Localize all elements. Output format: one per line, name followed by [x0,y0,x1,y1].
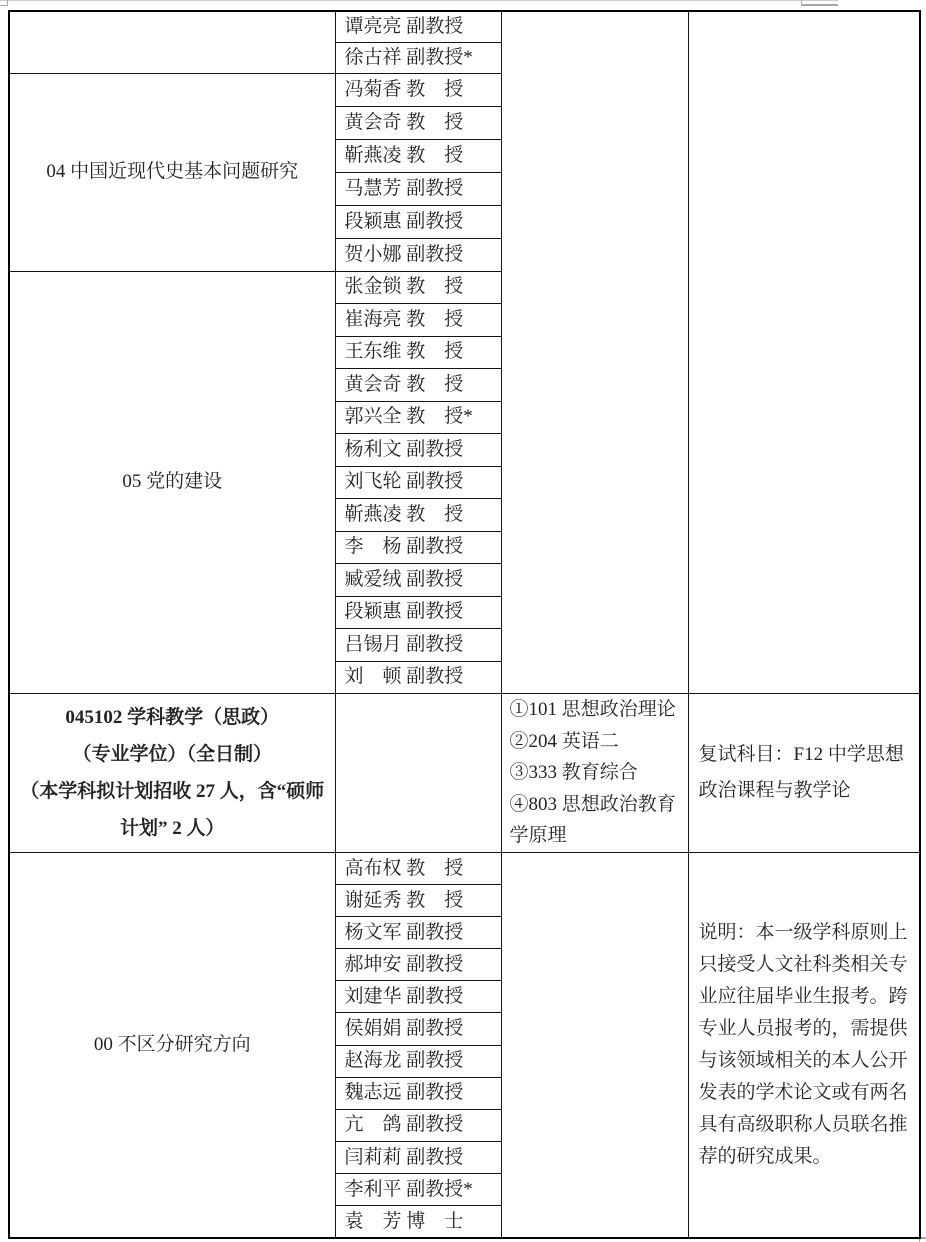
supervisor-cell: 黄会奇 教 授 [335,369,501,402]
supervisor-cell: 徐古祥 副教授* [335,42,501,73]
exam-subjects-cell-empty [501,853,688,1238]
supervisor-cell: 谢延秀 教 授 [335,885,501,917]
remarks-cell: 说明：本一级学科原则上只接受人文社科类相关专业应往届毕业生报考。跨专业人员报考的… [688,853,920,1238]
supervisor-cell: 李利平 副教授* [335,1173,501,1205]
table-row-program-045102: 045102 学科教学（思政） （专业学位）（全日制） （本学科拟计划招收 27… [9,694,920,853]
supervisor-cell: 郭兴全 教 授* [335,401,501,434]
program-line: （本学科拟计划招收 27 人，含“硕师 [10,773,335,810]
supervisor-cell: 冯菊香 教 授 [335,73,501,106]
exam-subjects-cell-empty [501,11,688,694]
remarks-cell-empty [688,11,920,694]
supervisor-cell: 谭亮亮 副教授 [335,11,501,42]
direction-cell-00: 00 不区分研究方向 [9,853,335,1238]
supervisor-cell: 刘建华 副教授 [335,981,501,1013]
supervisor-cell: 马慧芳 副教授 [335,172,501,205]
exam-subject: ④803 思想政治教育学原理 [510,789,678,852]
supervisor-cell-empty [335,694,501,853]
exam-subject: ②204 英语二 [510,726,678,758]
exam-subject: ③333 教育综合 [510,757,678,789]
exam-subject: ①101 思想政治理论 [510,694,678,726]
supervisor-cell: 臧爱绒 副教授 [335,564,501,597]
direction-cell-05: 05 党的建设 [9,271,335,694]
program-direction-cell: 045102 学科教学（思政） （专业学位）（全日制） （本学科拟计划招收 27… [9,694,335,853]
program-line: 计划” 2 人） [10,810,335,847]
table-handle-mark-top-right [801,0,838,6]
document-page: 谭亮亮 副教授 徐古祥 副教授* 04 中国近现代史基本问题研究 冯菊香 教 授… [0,0,926,1242]
supervisor-cell: 袁 芳 博 士 [335,1206,501,1238]
supervisor-cell: 黄会奇 教 授 [335,106,501,139]
table-handle-mark-top-left [0,0,8,6]
supervisor-cell: 侯娟娟 副教授 [335,1013,501,1045]
supervisor-cell: 吕锡月 副教授 [335,629,501,662]
supervisor-cell: 张金锁 教 授 [335,271,501,304]
supervisor-cell: 靳燕凌 教 授 [335,139,501,172]
supervisor-cell: 高布权 教 授 [335,853,501,885]
supervisor-cell: 靳燕凌 教 授 [335,499,501,532]
supervisor-cell: 亢 鸽 副教授 [335,1109,501,1141]
direction-cell-04: 04 中国近现代史基本问题研究 [9,73,335,271]
supervisor-cell: 魏志远 副教授 [335,1077,501,1109]
supervisor-cell: 王东维 教 授 [335,336,501,369]
supervisor-cell: 刘 顿 副教授 [335,661,501,694]
supervisor-cell: 杨利文 副教授 [335,434,501,467]
program-line: 045102 学科教学（思政） [10,699,335,736]
supervisor-cell: 闫莉莉 副教授 [335,1141,501,1173]
table-row: 谭亮亮 副教授 [9,11,920,42]
admissions-table: 谭亮亮 副教授 徐古祥 副教授* 04 中国近现代史基本问题研究 冯菊香 教 授… [8,10,921,1239]
page-edge-hairline [0,0,838,1]
supervisor-cell: 段颖惠 副教授 [335,596,501,629]
direction-cell-continued [9,11,335,73]
supervisor-cell: 贺小娜 副教授 [335,238,501,271]
supervisor-cell: 赵海龙 副教授 [335,1045,501,1077]
supervisor-cell: 刘飞轮 副教授 [335,466,501,499]
table-row: 00 不区分研究方向 高布权 教 授 说明：本一级学科原则上只接受人文社科类相关… [9,853,920,885]
program-line: （专业学位）（全日制） [10,736,335,773]
exam-subjects-cell: ①101 思想政治理论 ②204 英语二 ③333 教育综合 ④803 思想政治… [501,694,688,853]
supervisor-cell: 段颖惠 副教授 [335,205,501,238]
supervisor-cell: 郝坤安 副教授 [335,949,501,981]
supervisor-cell: 杨文军 副教授 [335,917,501,949]
supervisor-cell: 崔海亮 教 授 [335,304,501,337]
retest-note-cell: 复试科目：F12 中学思想政治课程与教学论 [688,694,920,853]
supervisor-cell: 李 杨 副教授 [335,531,501,564]
